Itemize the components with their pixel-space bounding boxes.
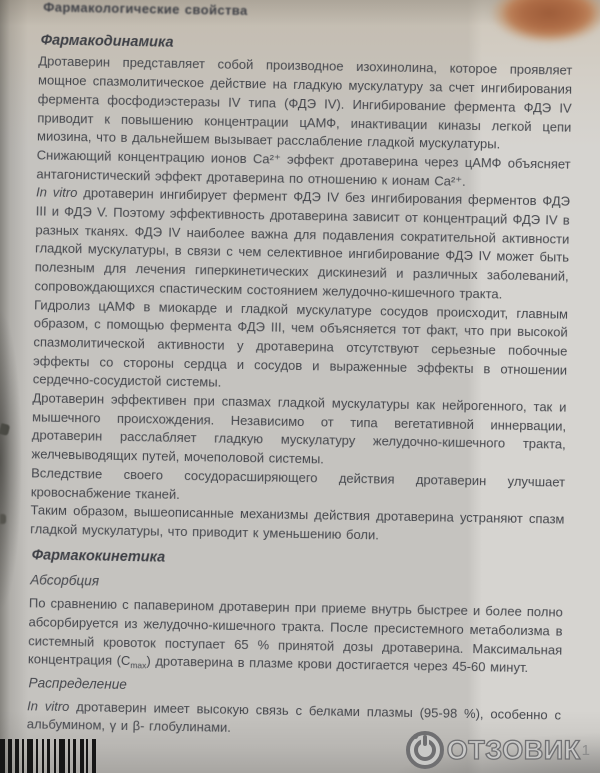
leaflet-photo: Фармакологические свойства Фармакодинами… [0,0,600,773]
leaflet-text: Фармакологические свойства Фармакодинами… [27,0,574,744]
in-vitro-italic: In vitro [36,185,78,201]
paragraph-text: ) дротаверина в плазме крови достигается… [146,654,528,676]
watermark-brand: ОТЗОВИК [447,735,581,766]
barcode [0,739,97,773]
paragraph: Таким образом, вышеописанные механизмы д… [30,502,565,549]
paper-edge-mark [0,514,6,524]
power-icon-stem [423,735,427,746]
in-vitro-italic: In vitro [27,698,70,714]
power-icon [406,731,444,769]
paragraph-absorption: По сравнению с папаверином дротаверин пр… [28,594,563,678]
pharmacokinetics-heading: Фармакокинетика [32,546,564,574]
paragraph: Дротаверин представляет собой производно… [37,53,573,156]
paragraph-text: дротаверин ингибирует фермент ФДЭ IV без… [34,185,570,301]
watermark-suffix: 1 [582,742,590,759]
paragraph: Гидролиз цАМФ в миокарде и гладкой муску… [33,296,569,399]
power-icon-dot [413,734,418,739]
paragraph-text: дротаверин имеет высокую связь с белками… [27,699,562,736]
otzovik-watermark: ОТЗОВИК 1 [406,731,590,769]
paragraph: Дротаверин эффективен при спазмах гладко… [31,389,566,473]
paragraph: In vitro дротаверин ингибирует фермент Ф… [34,184,570,306]
cmax-subscript: max [130,660,146,670]
